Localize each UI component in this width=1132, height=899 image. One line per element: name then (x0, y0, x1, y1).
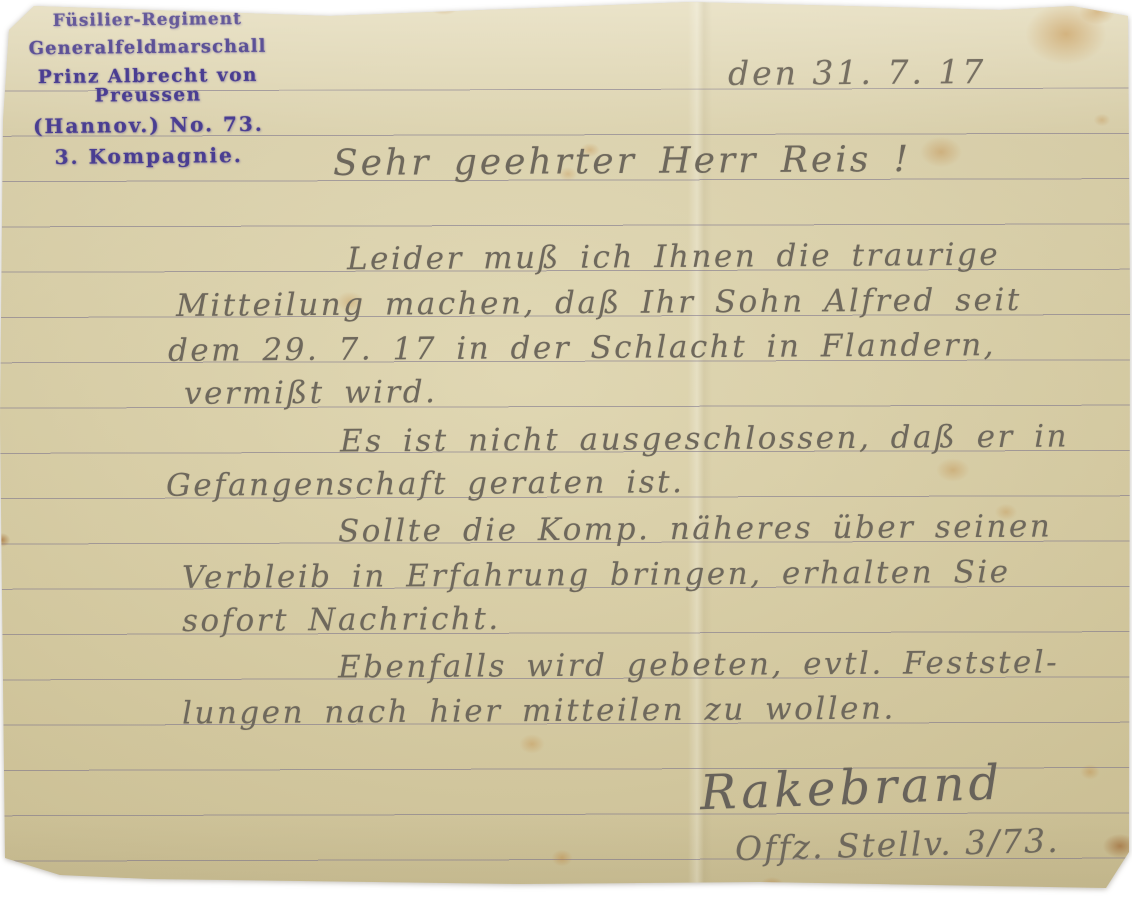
body-line-1: Leider muß ich Ihnen die traurige (347, 240, 1000, 276)
stamp-line-kompagnie: 3. Kompagnie. (3, 144, 295, 167)
body-line-11: lungen nach hier mitteilen zu wollen. (182, 694, 896, 730)
stamp-line-hannov-no: (Hannov.) No. 73. (2, 113, 294, 136)
stamp-line-feldmarschall: Generalfeldmarschall (1, 37, 293, 58)
body-line-4: vermißt wird. (184, 377, 438, 410)
signature-name: Rakebrand (699, 759, 1004, 818)
signature-unit: Offz. Stellv. 3/73. (735, 824, 1060, 865)
letter-paper: Füsilier-Regiment Generalfeldmarschall P… (0, 0, 1132, 899)
body-line-2: Mitteilung machen, daß Ihr Sohn Alfred s… (176, 285, 1022, 322)
salutation: Sehr geehrter Herr Reis ! (333, 142, 911, 182)
body-line-8: Verbleib in Erfahrung bringen, erhalten … (182, 557, 1011, 594)
date-line: den 31. 7. 17 (728, 55, 987, 90)
body-line-5: Es ist nicht ausgeschlossen, daß er in (340, 421, 1069, 457)
regiment-ink-stamp: Füsilier-Regiment Generalfeldmarschall P… (1, 10, 295, 167)
stamp-line-regiment: Füsilier-Regiment (1, 10, 293, 30)
stamp-line-prinz: Prinz Albrecht von Preussen (2, 66, 294, 106)
paper-shadow: Füsilier-Regiment Generalfeldmarschall P… (0, 0, 1132, 899)
body-line-7: Sollte die Komp. näheres über seinen (338, 512, 1052, 548)
body-line-6: Gefangenschaft geraten ist. (166, 467, 685, 502)
body-line-3: dem 29. 7. 17 in der Schlacht in Flander… (168, 330, 996, 367)
body-line-9: sofort Nachricht. (182, 604, 501, 637)
body-line-10: Ebenfalls wird gebeten, evtl. Feststel- (338, 647, 1059, 683)
scanned-letter: Füsilier-Regiment Generalfeldmarschall P… (0, 0, 1132, 899)
